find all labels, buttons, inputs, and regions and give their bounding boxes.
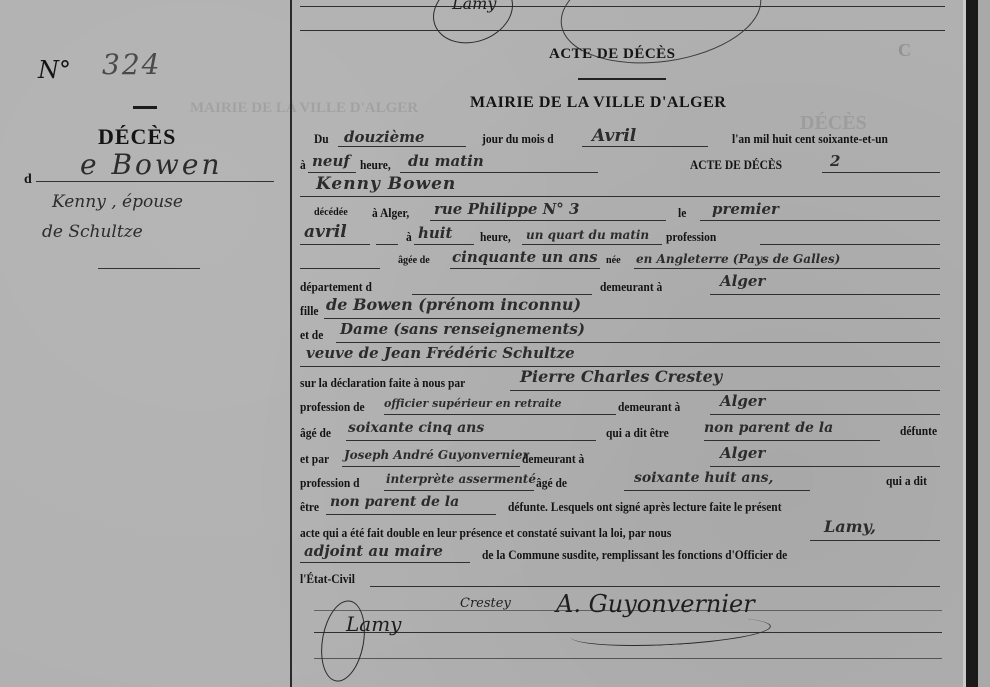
label-demeurant-3: demeurant à [522, 452, 584, 467]
death-day: premier [712, 200, 779, 218]
officer-name: Lamy, [824, 517, 876, 536]
label-age-de-2: âgé de [536, 476, 567, 491]
label-et-de: et de [300, 328, 323, 343]
label-heure-2: heure, [480, 230, 511, 245]
label-profession-de: profession de [300, 400, 365, 415]
label-a: à [300, 158, 306, 173]
mairie-title: MAIRIE DE LA VILLE D'ALGER [470, 94, 726, 112]
declarant-1-relation: non parent de la [704, 420, 833, 436]
signature-2: Crestey [460, 596, 511, 611]
record-number: 324 [102, 48, 161, 81]
form-line-17: acte qui a été fait double en leur prése… [300, 518, 945, 540]
officer-title: adjoint au maire [304, 542, 443, 560]
death-address: rue Philippe N° 3 [434, 200, 579, 218]
deceased-residence: Alger [720, 272, 765, 290]
form-line-11: sur la déclaration faite à nous par Pier… [300, 368, 945, 390]
label-lesquels: défunte. Lesquels ont signé après lectur… [508, 500, 782, 515]
label-qui-a-dit-2: qui a dit [886, 474, 927, 489]
form-line-2: à neuf heure, du matin ACTE DE DÉCÈS 2 [300, 152, 945, 174]
act-title: ACTE DE DÉCÈS [549, 46, 676, 63]
form-line-1: Du douzième jour du mois d Avril l'an mi… [300, 128, 945, 150]
form-line-4: décédée à Alger, rue Philippe N° 3 le pr… [300, 200, 945, 222]
label-acte-qui: acte qui a été fait double en leur prése… [300, 526, 671, 541]
document-page: N° 324 DÉCÈS d e Bowen Kenny , épouse de… [0, 0, 978, 687]
record-number-label: N° [38, 56, 71, 84]
label-profession: profession [666, 230, 716, 245]
label-etat-civil: l'État-Civil [300, 572, 355, 587]
label-heure: heure, [360, 158, 391, 173]
form-line-12: profession de officier supérieur en retr… [300, 392, 945, 414]
father-name: de Bowen (prénom inconnu) [326, 295, 581, 314]
label-demeurant-2: demeurant à [618, 400, 680, 415]
label-etre: être [300, 500, 319, 515]
form-line-16: être non parent de la défunte. Lesquels … [300, 492, 945, 514]
corner-mark: C [898, 40, 911, 61]
death-hour: huit [418, 224, 452, 242]
declarant-1-profession: officier supérieur en retraite [384, 397, 561, 410]
declarant-1-name: Pierre Charles Crestey [520, 367, 722, 386]
declarant-2-residence: Alger [720, 444, 765, 462]
hour-value: neuf [312, 152, 350, 170]
margin-prefix: d [24, 172, 32, 188]
form-line-10: veuve de Jean Frédéric Schultze [300, 344, 945, 366]
form-line-19: l'État-Civil [300, 566, 945, 588]
label-fille: fille [300, 304, 319, 319]
day-value: douzième [344, 128, 425, 146]
label-alger: à Alger, [372, 206, 409, 221]
signature-3-underline [569, 613, 771, 650]
title-divider [578, 78, 666, 80]
label-et-par: et par [300, 452, 329, 467]
birthplace: en Angleterre (Pays de Galles) [636, 252, 840, 266]
form-line-3: Kenny Bowen [300, 176, 945, 198]
period-value: du matin [408, 152, 484, 170]
margin-end-rule [98, 268, 200, 269]
label-decedee: décédée [314, 206, 348, 218]
declarant-1-age: soixante cinq ans [348, 420, 484, 436]
declarant-2-profession: interprète assermenté [386, 472, 536, 486]
form-line-9: et de Dame (sans renseignements) [300, 320, 945, 342]
label-nee: née [606, 254, 621, 266]
month-value: Avril [592, 126, 636, 146]
label-month: jour du mois d [482, 132, 554, 147]
label-age-de: âgé de [300, 426, 331, 441]
form-line-15: profession d interprète assermenté âgé d… [300, 468, 945, 490]
label-le: le [678, 206, 686, 221]
declarant-2-name: Joseph André Guyonvernier [344, 448, 529, 462]
label-qui-a-dit: qui a dit être [606, 426, 669, 441]
declarant-1-residence: Alger [720, 392, 765, 410]
label-a-2: à [406, 230, 412, 245]
margin-name-line3: de Schultze [42, 222, 143, 242]
label-year: l'an mil huit cent soixante-et-un [732, 132, 888, 147]
margin-name-line2: Kenny , épouse [52, 192, 183, 212]
declarant-2-relation: non parent de la [330, 494, 459, 510]
signature-1: Lamy [346, 612, 401, 636]
margin-title: DÉCÈS [98, 124, 176, 150]
signature-3: A. Guyonvernier [556, 590, 755, 618]
death-month: avril [304, 222, 347, 242]
top-signature: Lamy [452, 0, 496, 13]
margin-divider [133, 106, 157, 109]
declarant-2-age: soixante huit ans, [634, 470, 773, 486]
margin-name-rule [36, 181, 274, 182]
deceased-age: cinquante un ans [452, 248, 598, 266]
margin-surname: e Bowen [80, 148, 222, 181]
form-line-6: âgée de cinquante un ans née en Angleter… [300, 248, 945, 270]
scan-border [966, 0, 978, 687]
label-du: Du [314, 132, 329, 147]
label-declaration: sur la déclaration faite à nous par [300, 376, 465, 391]
label-departement: département d [300, 280, 372, 295]
form-line-7: département d demeurant à Alger [300, 272, 945, 294]
label-acte: ACTE DE DÉCÈS [690, 158, 782, 173]
label-demeurant: demeurant à [600, 280, 662, 295]
label-commune: de la Commune susdite, remplissant les f… [482, 548, 787, 563]
mother-name: Dame (sans renseignements) [340, 320, 585, 338]
form-line-5: avril à huit heure, un quart du matin pr… [300, 224, 945, 246]
act-number: 2 [830, 152, 840, 170]
widow-of: veuve de Jean Frédéric Schultze [306, 344, 575, 362]
death-time-detail: un quart du matin [526, 228, 649, 242]
signature-rule-3 [314, 658, 942, 659]
form-line-8: fille de Bowen (prénom inconnu) [300, 296, 945, 318]
label-defunte: défunte [900, 424, 937, 439]
top-signature-loop [554, 0, 768, 76]
form-line-14: et par Joseph André Guyonvernier demeura… [300, 444, 945, 466]
form-line-18: adjoint au maire de la Commune susdite, … [300, 542, 945, 564]
label-profession-d: profession d [300, 476, 360, 491]
label-agee: âgée de [398, 254, 430, 266]
deceased-name: Kenny Bowen [316, 174, 456, 194]
form-line-13: âgé de soixante cinq ans qui a dit être … [300, 418, 945, 440]
bleed-through-text: MAIRIE DE LA VILLE D'ALGER [190, 100, 418, 117]
